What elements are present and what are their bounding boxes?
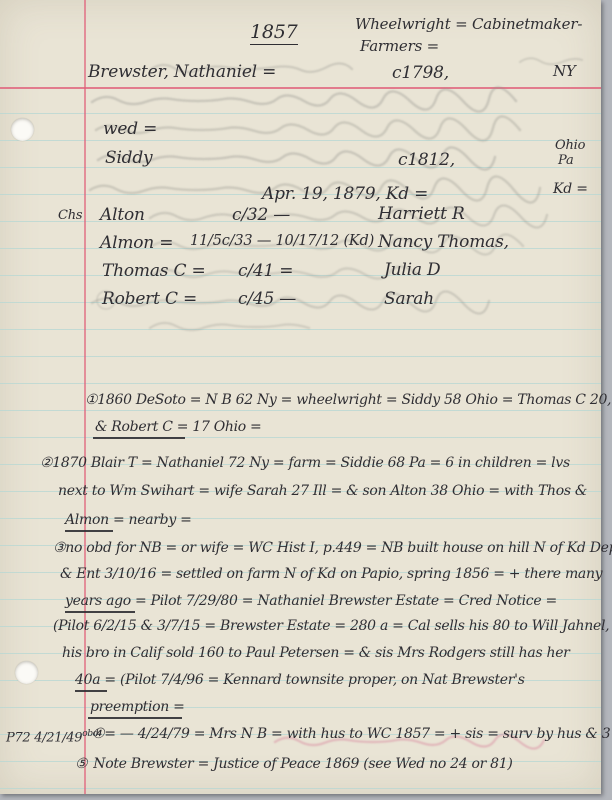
note-line: & Ent 3/10/16 = settled on farm N of Kd … bbox=[60, 566, 602, 582]
year-heading-text: 1857 bbox=[250, 21, 298, 45]
child-name: Thomas C = bbox=[102, 261, 206, 281]
underline bbox=[65, 611, 135, 613]
underline bbox=[88, 717, 182, 719]
note-line: 1870 Blair T = Nathaniel 72 Ny = farm = … bbox=[52, 455, 570, 471]
child-name: Alton bbox=[100, 205, 145, 225]
note-line: Note Brewster = Justice of Peace 1869 (s… bbox=[87, 756, 512, 772]
person-birthplace: NY bbox=[553, 62, 576, 80]
note-line: no obd for NB = or wife = WC Hist I, p.4… bbox=[65, 540, 612, 556]
spouse-name: Siddy bbox=[105, 148, 152, 168]
child-spouse: Sarah bbox=[384, 289, 434, 309]
note-line: Almon = nearby = bbox=[65, 512, 192, 528]
person-name: Brewster, Nathaniel = bbox=[88, 62, 276, 82]
occupation-note-line2: Farmers = bbox=[360, 37, 439, 55]
note-line: years ago = Pilot 7/29/80 = Nathaniel Br… bbox=[65, 593, 557, 609]
spouse-birthplace-line1: Ohio bbox=[555, 138, 585, 153]
person-birth-year: c1798, bbox=[392, 63, 449, 83]
note-line: 1860 DeSoto = N B 62 Ny = wheelwright = … bbox=[97, 392, 612, 408]
child-name: Robert C = bbox=[102, 289, 197, 309]
note-number: ② bbox=[40, 455, 52, 471]
child-dates: c/32 — bbox=[232, 205, 290, 225]
note-number: ① bbox=[85, 392, 97, 408]
note-line: 40a = (Pilot 7/4/96 = Kennard townsite p… bbox=[75, 672, 525, 688]
margin-citation: P72 4/21/49 bbox=[6, 730, 82, 745]
note-number: ④ bbox=[92, 726, 104, 742]
scanned-note-page: { "colors": { "paper": "#e9e4d5", "rule_… bbox=[0, 0, 612, 800]
underline bbox=[75, 690, 107, 692]
note-line: his bro in Calif sold 160 to Paul Peters… bbox=[62, 645, 570, 661]
underline bbox=[65, 530, 113, 532]
child-spouse: Harriett R bbox=[378, 204, 465, 224]
note-line: = — 4/24/79 = Mrs N B = with hus to WC 1… bbox=[104, 726, 612, 742]
child-name: Almon = bbox=[100, 233, 173, 253]
occupation-note-line1: Wheelwright = Cabinetmaker- bbox=[355, 15, 582, 33]
note-line: preemption = bbox=[90, 699, 185, 715]
death-date: Apr. 19, 1879, Kd = bbox=[262, 184, 428, 204]
year-heading: 1857 bbox=[250, 21, 298, 43]
top-margin-red-line bbox=[0, 87, 601, 89]
underline bbox=[93, 437, 185, 439]
note-line: & Robert C = 17 Ohio = bbox=[95, 419, 262, 435]
wed-label: wed = bbox=[103, 119, 157, 139]
punch-hole-bottom bbox=[15, 661, 38, 684]
spouse-birthplace-line2: Pa bbox=[558, 153, 574, 168]
spouse-birth-year: c1812, bbox=[398, 150, 455, 170]
note-number: ⑤ bbox=[75, 756, 87, 772]
note-line: (Pilot 6/2/15 & 3/7/15 = Brewster Estate… bbox=[53, 618, 609, 634]
note-number: ③ bbox=[53, 540, 65, 556]
child-dates: c/41 = bbox=[238, 261, 293, 281]
child-spouse: Nancy Thomas, bbox=[378, 232, 509, 252]
child-dates: 11/5c/33 — 10/17/12 (Kd) bbox=[190, 233, 374, 249]
note-line: next to Wm Swihart = wife Sarah 27 Ill =… bbox=[58, 483, 587, 499]
death-place: Kd = bbox=[553, 181, 588, 197]
child-spouse: Julia D bbox=[384, 260, 440, 280]
child-dates: c/45 — bbox=[238, 289, 296, 309]
punch-hole-top bbox=[11, 118, 34, 141]
children-label: Chs bbox=[58, 208, 82, 223]
